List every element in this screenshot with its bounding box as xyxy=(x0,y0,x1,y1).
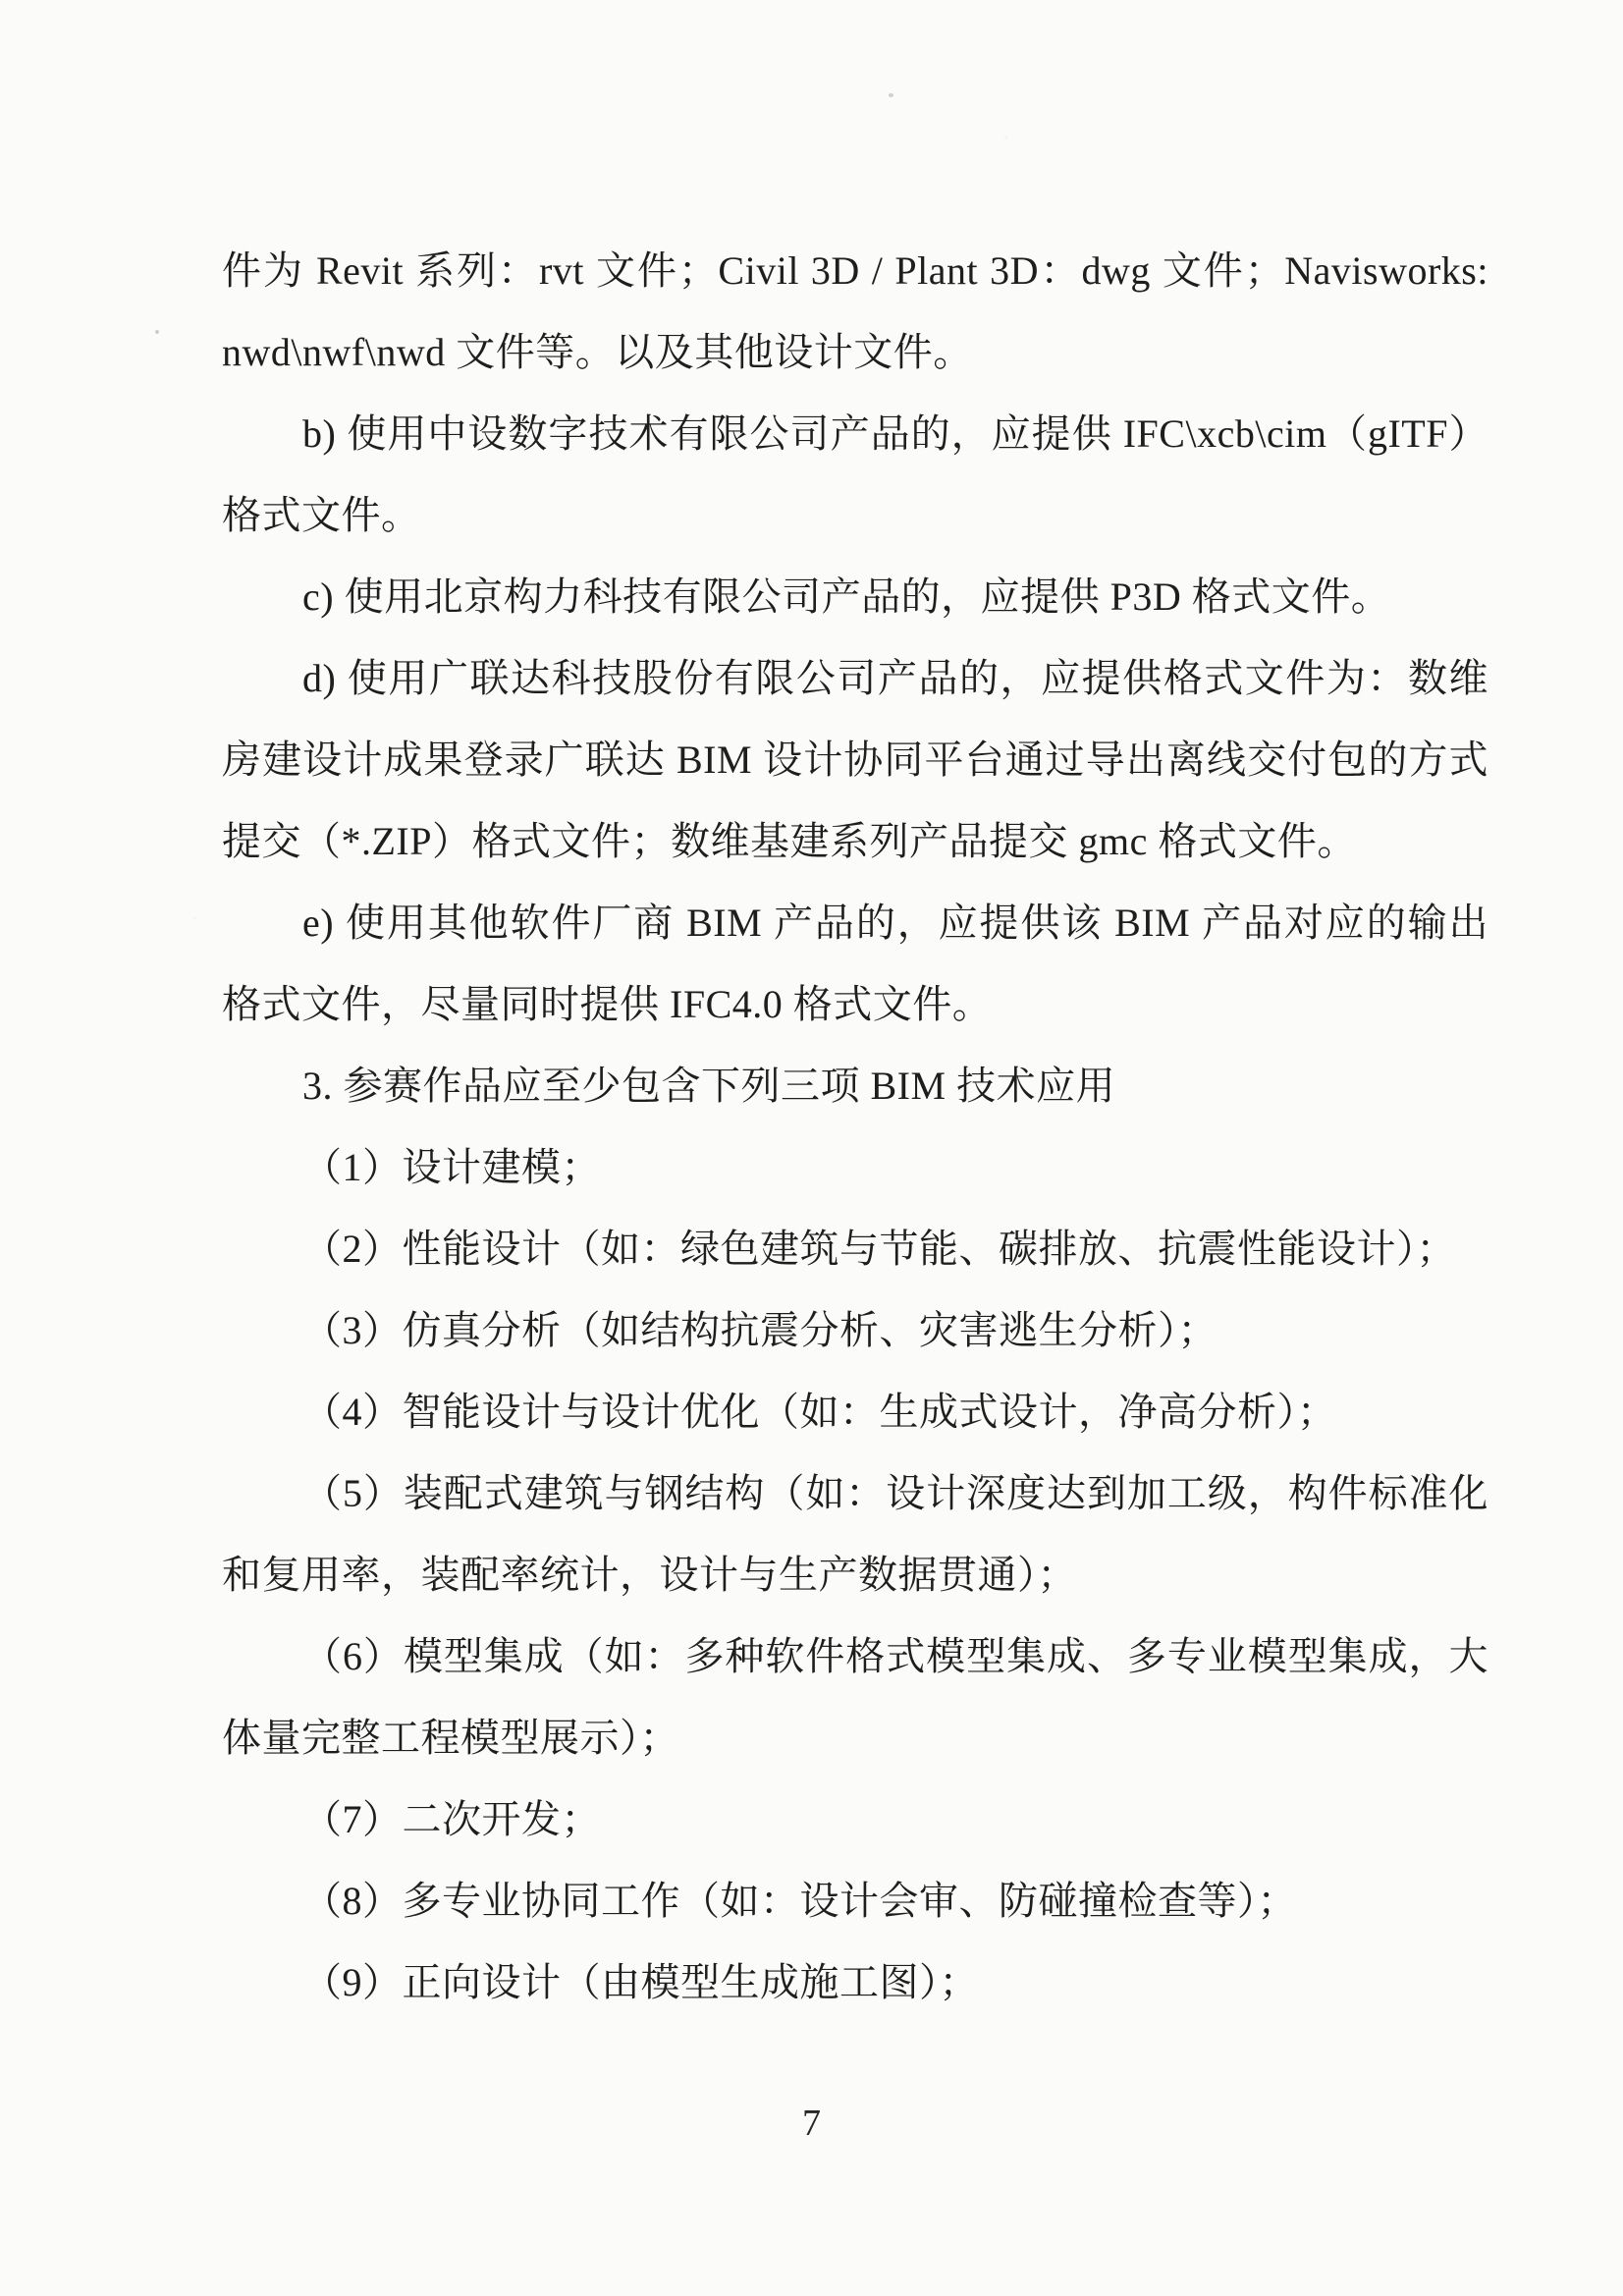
doc-line: 3. 参赛作品应至少包含下列三项 BIM 技术应用 xyxy=(222,1045,1488,1126)
doc-line: d) 使用广联达科技股份有限公司产品的，应提供格式文件为：数维 xyxy=(222,637,1488,719)
doc-line: （9）正向设计（由模型生成施工图）； xyxy=(222,1941,1488,2023)
doc-line: 和复用率，装配率统计，设计与生产数据贯通）； xyxy=(222,1534,1488,1615)
doc-line: 件为 Revit 系列：rvt 文件；Civil 3D / Plant 3D：d… xyxy=(222,230,1488,311)
scan-speck xyxy=(155,330,159,334)
doc-line: （8）多专业协同工作（如：设计会审、防碰撞检查等）； xyxy=(222,1860,1488,1941)
scanned-page: 件为 Revit 系列：rvt 文件；Civil 3D / Plant 3D：d… xyxy=(0,0,1623,2296)
doc-line: b) 使用中设数字技术有限公司产品的，应提供 IFC\xcb\cim（gITF） xyxy=(222,393,1488,474)
doc-line: 格式文件。 xyxy=(222,474,1488,556)
doc-line: （1）设计建模； xyxy=(222,1126,1488,1208)
doc-line: c) 使用北京构力科技有限公司产品的，应提供 P3D 格式文件。 xyxy=(222,556,1488,637)
document-body: 件为 Revit 系列：rvt 文件；Civil 3D / Plant 3D：d… xyxy=(222,230,1488,2023)
page-number: 7 xyxy=(0,2102,1623,2145)
doc-line: （5）装配式建筑与钢结构（如：设计深度达到加工级，构件标准化 xyxy=(222,1452,1488,1534)
doc-line: （4）智能设计与设计优化（如：生成式设计，净高分析）； xyxy=(222,1371,1488,1452)
doc-line: 提交（*.ZIP）格式文件；数维基建系列产品提交 gmc 格式文件。 xyxy=(222,800,1488,882)
doc-line: （3）仿真分析（如结构抗震分析、灾害逃生分析）； xyxy=(222,1289,1488,1371)
scan-speck xyxy=(889,93,893,97)
doc-line: nwd\nwf\nwd 文件等。以及其他设计文件。 xyxy=(222,311,1488,393)
doc-line: 房建设计成果登录广联达 BIM 设计协同平台通过导出离线交付包的方式 xyxy=(222,719,1488,800)
doc-line: （2）性能设计（如：绿色建筑与节能、碳排放、抗震性能设计）； xyxy=(222,1208,1488,1289)
doc-line: （6）模型集成（如：多种软件格式模型集成、多专业模型集成，大 xyxy=(222,1615,1488,1697)
doc-line: 体量完整工程模型展示）； xyxy=(222,1697,1488,1778)
doc-line: 格式文件，尽量同时提供 IFC4.0 格式文件。 xyxy=(222,963,1488,1045)
doc-line: e) 使用其他软件厂商 BIM 产品的，应提供该 BIM 产品对应的输出 xyxy=(222,882,1488,963)
doc-line: （7）二次开发； xyxy=(222,1778,1488,1860)
